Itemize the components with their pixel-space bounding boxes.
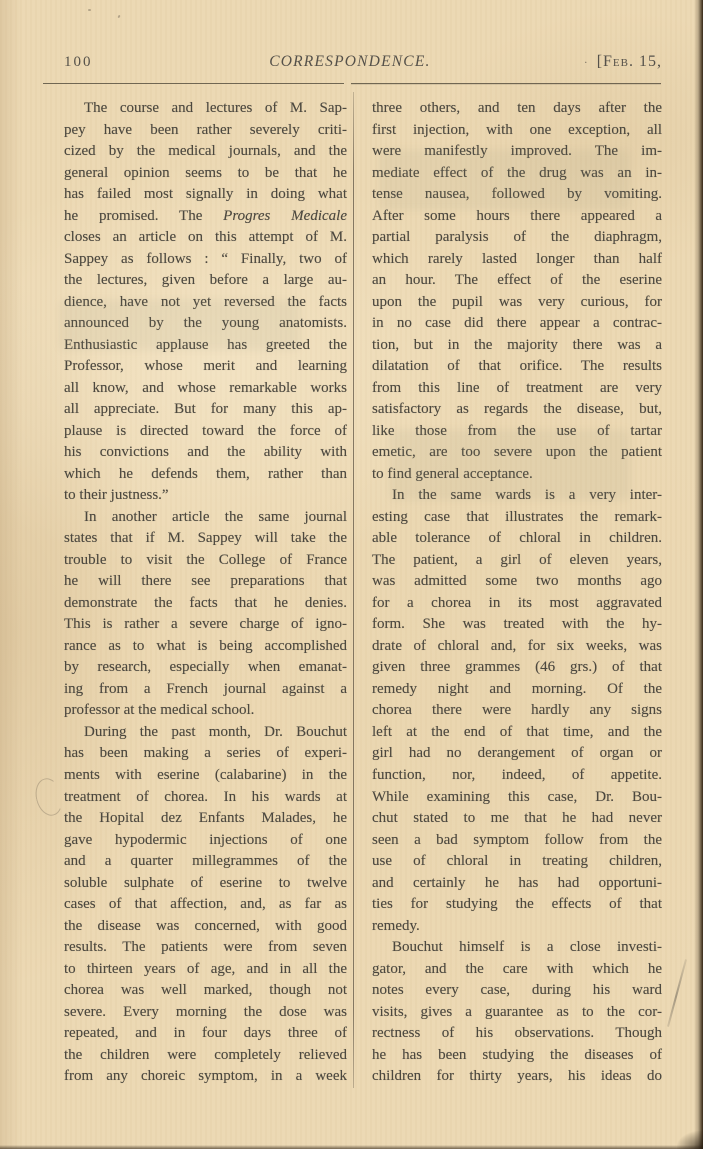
text-line: soluble sulphate of eserine to twelve — [64, 873, 347, 895]
text-line: closes an article on this attempt of M. — [64, 227, 347, 249]
scan-speck — [117, 15, 120, 19]
text-line: plause is directed toward the force of — [64, 421, 347, 443]
text-line: his convictions and the ability with — [64, 442, 347, 464]
text-line: seen a bad symptom follow from the — [372, 830, 662, 852]
text-line: rectness of his observations. Though — [372, 1023, 662, 1045]
date-separator-dot: · — [584, 55, 588, 70]
text-line: girl had no derangement of organ or — [372, 743, 662, 765]
text-line: to thirteen years of age, and in all the — [64, 959, 347, 981]
column-divider-rule — [353, 92, 354, 1088]
text-line: esting case that illustrates the remark- — [372, 507, 662, 529]
text-line: has been making a series of experi- — [64, 743, 347, 765]
text-line: chut stated to me that he had never — [372, 808, 662, 830]
text-line: able tolerance of chloral in children. — [372, 528, 662, 550]
page-header: 100 CORRESPONDENCE. · [Feb. 15, — [0, 52, 703, 74]
header-rule-left — [43, 83, 344, 84]
text-line: professor at the medical school. — [64, 700, 347, 722]
text-line: cized by the medical journals, and the — [64, 141, 347, 163]
page-edge-shadow-bottom — [0, 1145, 703, 1149]
text-line: The course and lectures of M. Sap- — [64, 98, 347, 120]
text-line: ties for studying the effects of that — [372, 894, 662, 916]
text-line: to their justness.” — [64, 485, 347, 507]
text-line: given three grammes (46 grs.) of that — [372, 657, 662, 679]
text-line: partial paralysis of the diaphragm, — [372, 227, 662, 249]
text-line: the disease was concerned, with good — [64, 916, 347, 938]
issue-date-group: · [Feb. 15, — [584, 53, 662, 71]
text-line: from this line of treatment are very — [372, 378, 662, 400]
header-rule-right — [351, 83, 661, 84]
text-line: severe. Every morning the dose was — [64, 1002, 347, 1024]
text-line: results. The patients were from seven — [64, 937, 347, 959]
text-line: was admitted some two months ago — [372, 571, 662, 593]
text-line: gave hypodermic injections of one — [64, 830, 347, 852]
text-line: chorea there were hardly any signs — [372, 700, 662, 722]
text-line: he promised. The Progres Medicale — [64, 206, 347, 228]
text-line: three others, and ten days after the — [372, 98, 662, 120]
text-line: he will there see preparations that — [64, 571, 347, 593]
text-line: cases of that affection, and, as far as — [64, 894, 347, 916]
text-line: treatment of chorea. In his wards at — [64, 787, 347, 809]
page-number: 100 — [64, 54, 93, 71]
text-line: he has been studying the diseases of — [372, 1045, 662, 1067]
text-line: chorea was well marked, though not — [64, 980, 347, 1002]
text-line: the children were completely relieved — [64, 1045, 347, 1067]
text-line: and a quarter millegrammes of the — [64, 851, 347, 873]
text-line: all appreciate. But for many this ap- — [64, 399, 347, 421]
text-line: form. She was treated with the hy- — [372, 614, 662, 636]
text-line: notes every case, during his ward — [372, 980, 662, 1002]
text-line: In another article the same journal — [64, 507, 347, 529]
text-line: During the past month, Dr. Bouchut — [64, 722, 347, 744]
pencil-mark-annotation — [667, 959, 687, 1027]
text-line: the Hopital dez Enfants Malades, he — [64, 808, 347, 830]
text-line: gator, and the care with which he — [372, 959, 662, 981]
text-line: dilatation of that orifice. The results — [372, 356, 662, 378]
text-line: satisfactory as regards the disease, but… — [372, 399, 662, 421]
text-column-right: three others, and ten days after thefirs… — [372, 98, 662, 1088]
page-edge-shadow-right — [694, 0, 703, 1149]
text-line: Professor, whose merit and learning — [64, 356, 347, 378]
text-line: in no case did there appear a contrac- — [372, 313, 662, 335]
text-line: states that if M. Sappey will take the — [64, 528, 347, 550]
text-line: children for thirty years, his ideas do — [372, 1066, 662, 1088]
text-line: remedy night and morning. Of the — [372, 679, 662, 701]
text-line: trouble to visit the College of France — [64, 550, 347, 572]
text-line: function, nor, indeed, of appetite. — [372, 765, 662, 787]
text-line: drate of chloral and, for six weeks, was — [372, 636, 662, 658]
ink-showthrough — [380, 150, 630, 210]
scanned-journal-page: 100 CORRESPONDENCE. · [Feb. 15, The cour… — [0, 0, 703, 1149]
text-line: remedy. — [372, 916, 662, 938]
text-line: which rarely lasted longer than half — [372, 249, 662, 271]
text-line: an hour. The effect of the eserine — [372, 270, 662, 292]
text-line: tion, but in the majority there was a — [372, 335, 662, 357]
running-title: CORRESPONDENCE. — [269, 53, 430, 71]
text-line: all know, and whose remarkable works — [64, 378, 347, 400]
text-column-left: The course and lectures of M. Sap-pey ha… — [64, 98, 347, 1088]
text-line: demonstrate the facts that he denies. — [64, 593, 347, 615]
text-line: and certainly he has had opportuni- — [372, 873, 662, 895]
text-line: left at the end of that time, and the — [372, 722, 662, 744]
text-line: The patient, a girl of eleven years, — [372, 550, 662, 572]
text-line: pey have been rather severely criti- — [64, 120, 347, 142]
text-line: upon the pupil was very curious, for — [372, 292, 662, 314]
text-line: first injection, with one exception, all — [372, 120, 662, 142]
text-line: general opinion seems to be that he — [64, 163, 347, 185]
text-line: Bouchut himself is a close investi- — [372, 937, 662, 959]
pencil-loop-annotation — [32, 775, 66, 818]
text-line: use of chloral in treating children, — [372, 851, 662, 873]
text-line: the lectures, given before a large au- — [64, 270, 347, 292]
text-line: ing from a French journal against a — [64, 679, 347, 701]
text-line: from any choreic symptom, in a week — [64, 1066, 347, 1088]
text-line: has failed most signally in doing what — [64, 184, 347, 206]
text-line: This is rather a severe charge of igno- — [64, 614, 347, 636]
ink-showthrough — [390, 430, 630, 500]
page-corner-shadow — [677, 1131, 703, 1149]
text-line: Sappey as follows : “ Finally, two of — [64, 249, 347, 271]
text-line: While examining this case, Dr. Bou- — [372, 787, 662, 809]
page-edge-shadow-left — [0, 0, 22, 1149]
scan-speck — [88, 9, 91, 11]
text-line: by research, especially when emanat- — [64, 657, 347, 679]
issue-date: [Feb. 15, — [597, 53, 662, 71]
text-line: which he defends them, rather than — [64, 464, 347, 486]
text-line: rance as to what is being accomplished — [64, 636, 347, 658]
text-line: visits, gives a guarantee as to the cor- — [372, 1002, 662, 1024]
ink-showthrough — [60, 300, 300, 350]
text-line: ments with eserine (calabarine) in the — [64, 765, 347, 787]
text-line: repeated, and in four days three of — [64, 1023, 347, 1045]
text-line: for a chorea in its most aggravated — [372, 593, 662, 615]
